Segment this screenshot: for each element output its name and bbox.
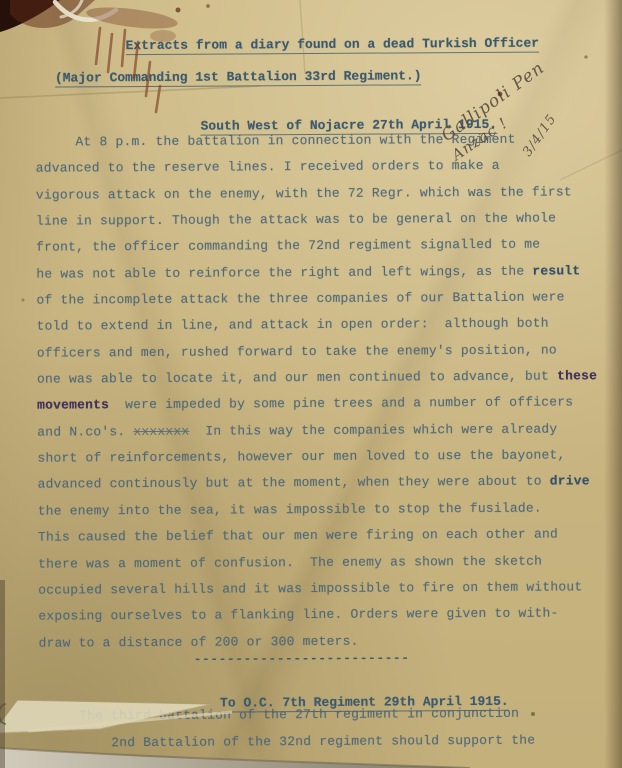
text-line: exposing ourselves to a flanking line. O… xyxy=(38,605,613,635)
text-segment: draw to a distance of 200 or 300 meters. xyxy=(39,633,359,650)
text-line: line in support. Though the attack was t… xyxy=(36,210,611,240)
document-subtitle-text: (Major Commanding 1st Battalion 33rd Reg… xyxy=(55,68,422,87)
text-segment: of the incomplete attack the three compa… xyxy=(36,290,564,308)
text-segment: vigorous attack on the enemy, with the 7… xyxy=(36,184,572,202)
text-segment: The third battalion of the 27th regiment… xyxy=(39,706,519,724)
text-segment: the enemy into the sea, it was impossibl… xyxy=(38,500,542,518)
text-segment: one was able to locate it, and our men c… xyxy=(37,369,557,387)
text-segment: occupied several hills and it was imposs… xyxy=(38,579,582,597)
text-line: one was able to locate it, and our men c… xyxy=(37,368,612,398)
text-segment: told to extend in line, and attack in op… xyxy=(37,316,549,334)
text-line: 2nd Battalion of the 32nd regiment shoul… xyxy=(39,732,614,763)
scanned-document-page: Extracts from a diary found on a dead Tu… xyxy=(0,0,622,768)
text-segment: these xyxy=(557,368,597,383)
text-line: short of reinforcements, however our men… xyxy=(37,447,612,477)
text-line: and N.co's. xxxxxxx In this way the comp… xyxy=(37,421,612,451)
text-segment: line in support. Though the attack was t… xyxy=(36,211,556,229)
text-line: At 8 p.m. the battalion in connection wi… xyxy=(35,131,610,161)
text-segment: advanced to the reserve lines. I receive… xyxy=(36,158,500,176)
text-segment: advanced continously but at the moment, … xyxy=(38,474,550,492)
text-segment: exposing ourselves to a flanking line. O… xyxy=(38,606,558,624)
text-segment: 2nd Battalion of the 32nd regiment shoul… xyxy=(39,733,535,751)
text-line: told to extend in line, and attack in op… xyxy=(37,316,612,346)
text-line: he was not able to reinforce the right a… xyxy=(36,263,611,293)
text-segment: and N.co's. xyxy=(37,424,133,440)
text-line: occupied several hills and it was imposs… xyxy=(38,579,613,609)
text-line: The third battalion of the 27th regiment… xyxy=(39,705,614,736)
text-segment: xxxxxxx xyxy=(133,424,189,439)
text-segment: officers and men, rushed forward to take… xyxy=(37,342,557,360)
text-segment: result xyxy=(532,263,580,278)
typewritten-content: Extracts from a diary found on a dead Tu… xyxy=(0,0,622,768)
text-segment: drive xyxy=(550,474,590,489)
text-line: This caused the belief that our men were… xyxy=(38,526,613,556)
text-segment: movements xyxy=(37,398,109,413)
text-line: advanced to the reserve lines. I receive… xyxy=(36,158,611,188)
text-line: the enemy into the sea, it was impossibl… xyxy=(38,500,613,530)
text-segment: At 8 p.m. the battalion in connection wi… xyxy=(35,132,515,150)
text-line: movements were impeded by some pine tree… xyxy=(37,395,612,425)
text-line: of the incomplete attack the three compa… xyxy=(36,289,611,319)
text-segment: This caused the belief that our men were… xyxy=(38,527,558,545)
text-segment: In this way the companies which were alr… xyxy=(189,421,557,438)
text-line: there was a moment of confusion. The ene… xyxy=(38,553,613,583)
document-subtitle: (Major Commanding 1st Battalion 33rd Reg… xyxy=(8,53,422,101)
text-line: vigorous attack on the enemy, with the 7… xyxy=(36,184,611,214)
text-segment: short of reinforcements, however our men… xyxy=(37,448,565,466)
text-segment: there was a moment of confusion. The ene… xyxy=(38,553,542,571)
text-segment: front, the officer commanding the 72nd r… xyxy=(36,237,540,255)
text-line: advanced continously but at the moment, … xyxy=(38,474,613,504)
section2-body: The third battalion of the 27th regiment… xyxy=(39,705,614,763)
text-segment: he was not able to reinforce the right a… xyxy=(36,263,532,281)
dashed-separator: -------------------------- xyxy=(194,650,410,666)
document-title-text: Extracts from a diary found on a dead Tu… xyxy=(126,36,540,56)
section1-body: At 8 p.m. the battalion in connection wi… xyxy=(35,131,613,661)
text-line: officers and men, rushed forward to take… xyxy=(37,342,612,372)
text-segment: were impeded by some pine trees and a nu… xyxy=(109,395,573,413)
text-line: front, the officer commanding the 72nd r… xyxy=(36,237,611,267)
